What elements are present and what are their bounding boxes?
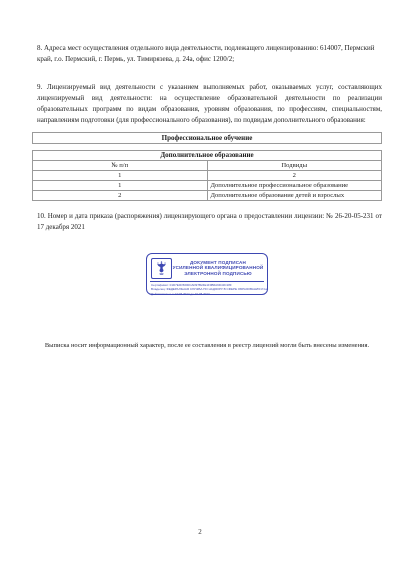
state-emblem-icon — [151, 258, 172, 279]
table-row: 1 Дополнительное профессиональное образо… — [33, 181, 382, 191]
stamp-title-line-2: УСИЛЕННОЙ КВАЛИФИЦИРОВАННОЙ — [172, 265, 264, 271]
eagle-emblem-icon — [153, 260, 170, 277]
section-10-paragraph: 10. Номер и дата приказа (распоряжения) … — [37, 211, 382, 233]
stamp-metadata: Сертификат: 01D7E0C5000CAD97B24E1F0B6A9D… — [147, 282, 267, 296]
colnum-1: 1 — [33, 171, 208, 181]
stamp-validity: Действителен: с 17.08.2022 до 10.08.2023 — [151, 292, 264, 296]
table-title-row: Дополнительное образование — [33, 151, 382, 161]
col-header-subtypes: Подвиды — [207, 161, 382, 171]
row-1-number: 1 — [33, 181, 208, 191]
section-8-paragraph: 8. Адреса мест осуществления отдельного … — [37, 43, 382, 65]
table-row: 2 Дополнительное образование детей и взр… — [33, 191, 382, 201]
stamp-header: ДОКУМЕНТ ПОДПИСАН УСИЛЕННОЙ КВАЛИФИЦИРОВ… — [147, 254, 267, 280]
signature-stamp-area: ДОКУМЕНТ ПОДПИСАН УСИЛЕННОЙ КВАЛИФИЦИРОВ… — [32, 253, 382, 295]
professional-education-box: Профессиональное обучение — [32, 132, 382, 144]
section-9-paragraph: 9. Лицензируемый вид деятельности с указ… — [37, 82, 382, 126]
row-2-number: 2 — [33, 191, 208, 201]
disclaimer-text: Выписка носит информационный характер, п… — [32, 342, 382, 350]
table-header-row: № п/п Подвиды — [33, 161, 382, 171]
row-1-subtype: Дополнительное профессиональное образова… — [207, 181, 382, 191]
stamp-title: ДОКУМЕНТ ПОДПИСАН УСИЛЕННОЙ КВАЛИФИЦИРОВ… — [172, 260, 264, 277]
colnum-2: 2 — [207, 171, 382, 181]
table-title: Дополнительное образование — [33, 151, 382, 161]
professional-education-label: Профессиональное обучение — [162, 133, 253, 143]
digital-signature-stamp: ДОКУМЕНТ ПОДПИСАН УСИЛЕННОЙ КВАЛИФИЦИРОВ… — [146, 253, 268, 295]
row-2-subtype: Дополнительное образование детей и взрос… — [207, 191, 382, 201]
license-extract-page: 8. Адреса мест осуществления отдельного … — [32, 43, 382, 357]
additional-education-table: Дополнительное образование № п/п Подвиды… — [32, 150, 382, 201]
table-colnum-row: 1 2 — [33, 171, 382, 181]
stamp-title-line-3: ЭЛЕКТРОННОЙ ПОДПИСЬЮ — [172, 271, 264, 277]
col-header-number: № п/п — [33, 161, 208, 171]
page-number: 2 — [0, 528, 400, 536]
